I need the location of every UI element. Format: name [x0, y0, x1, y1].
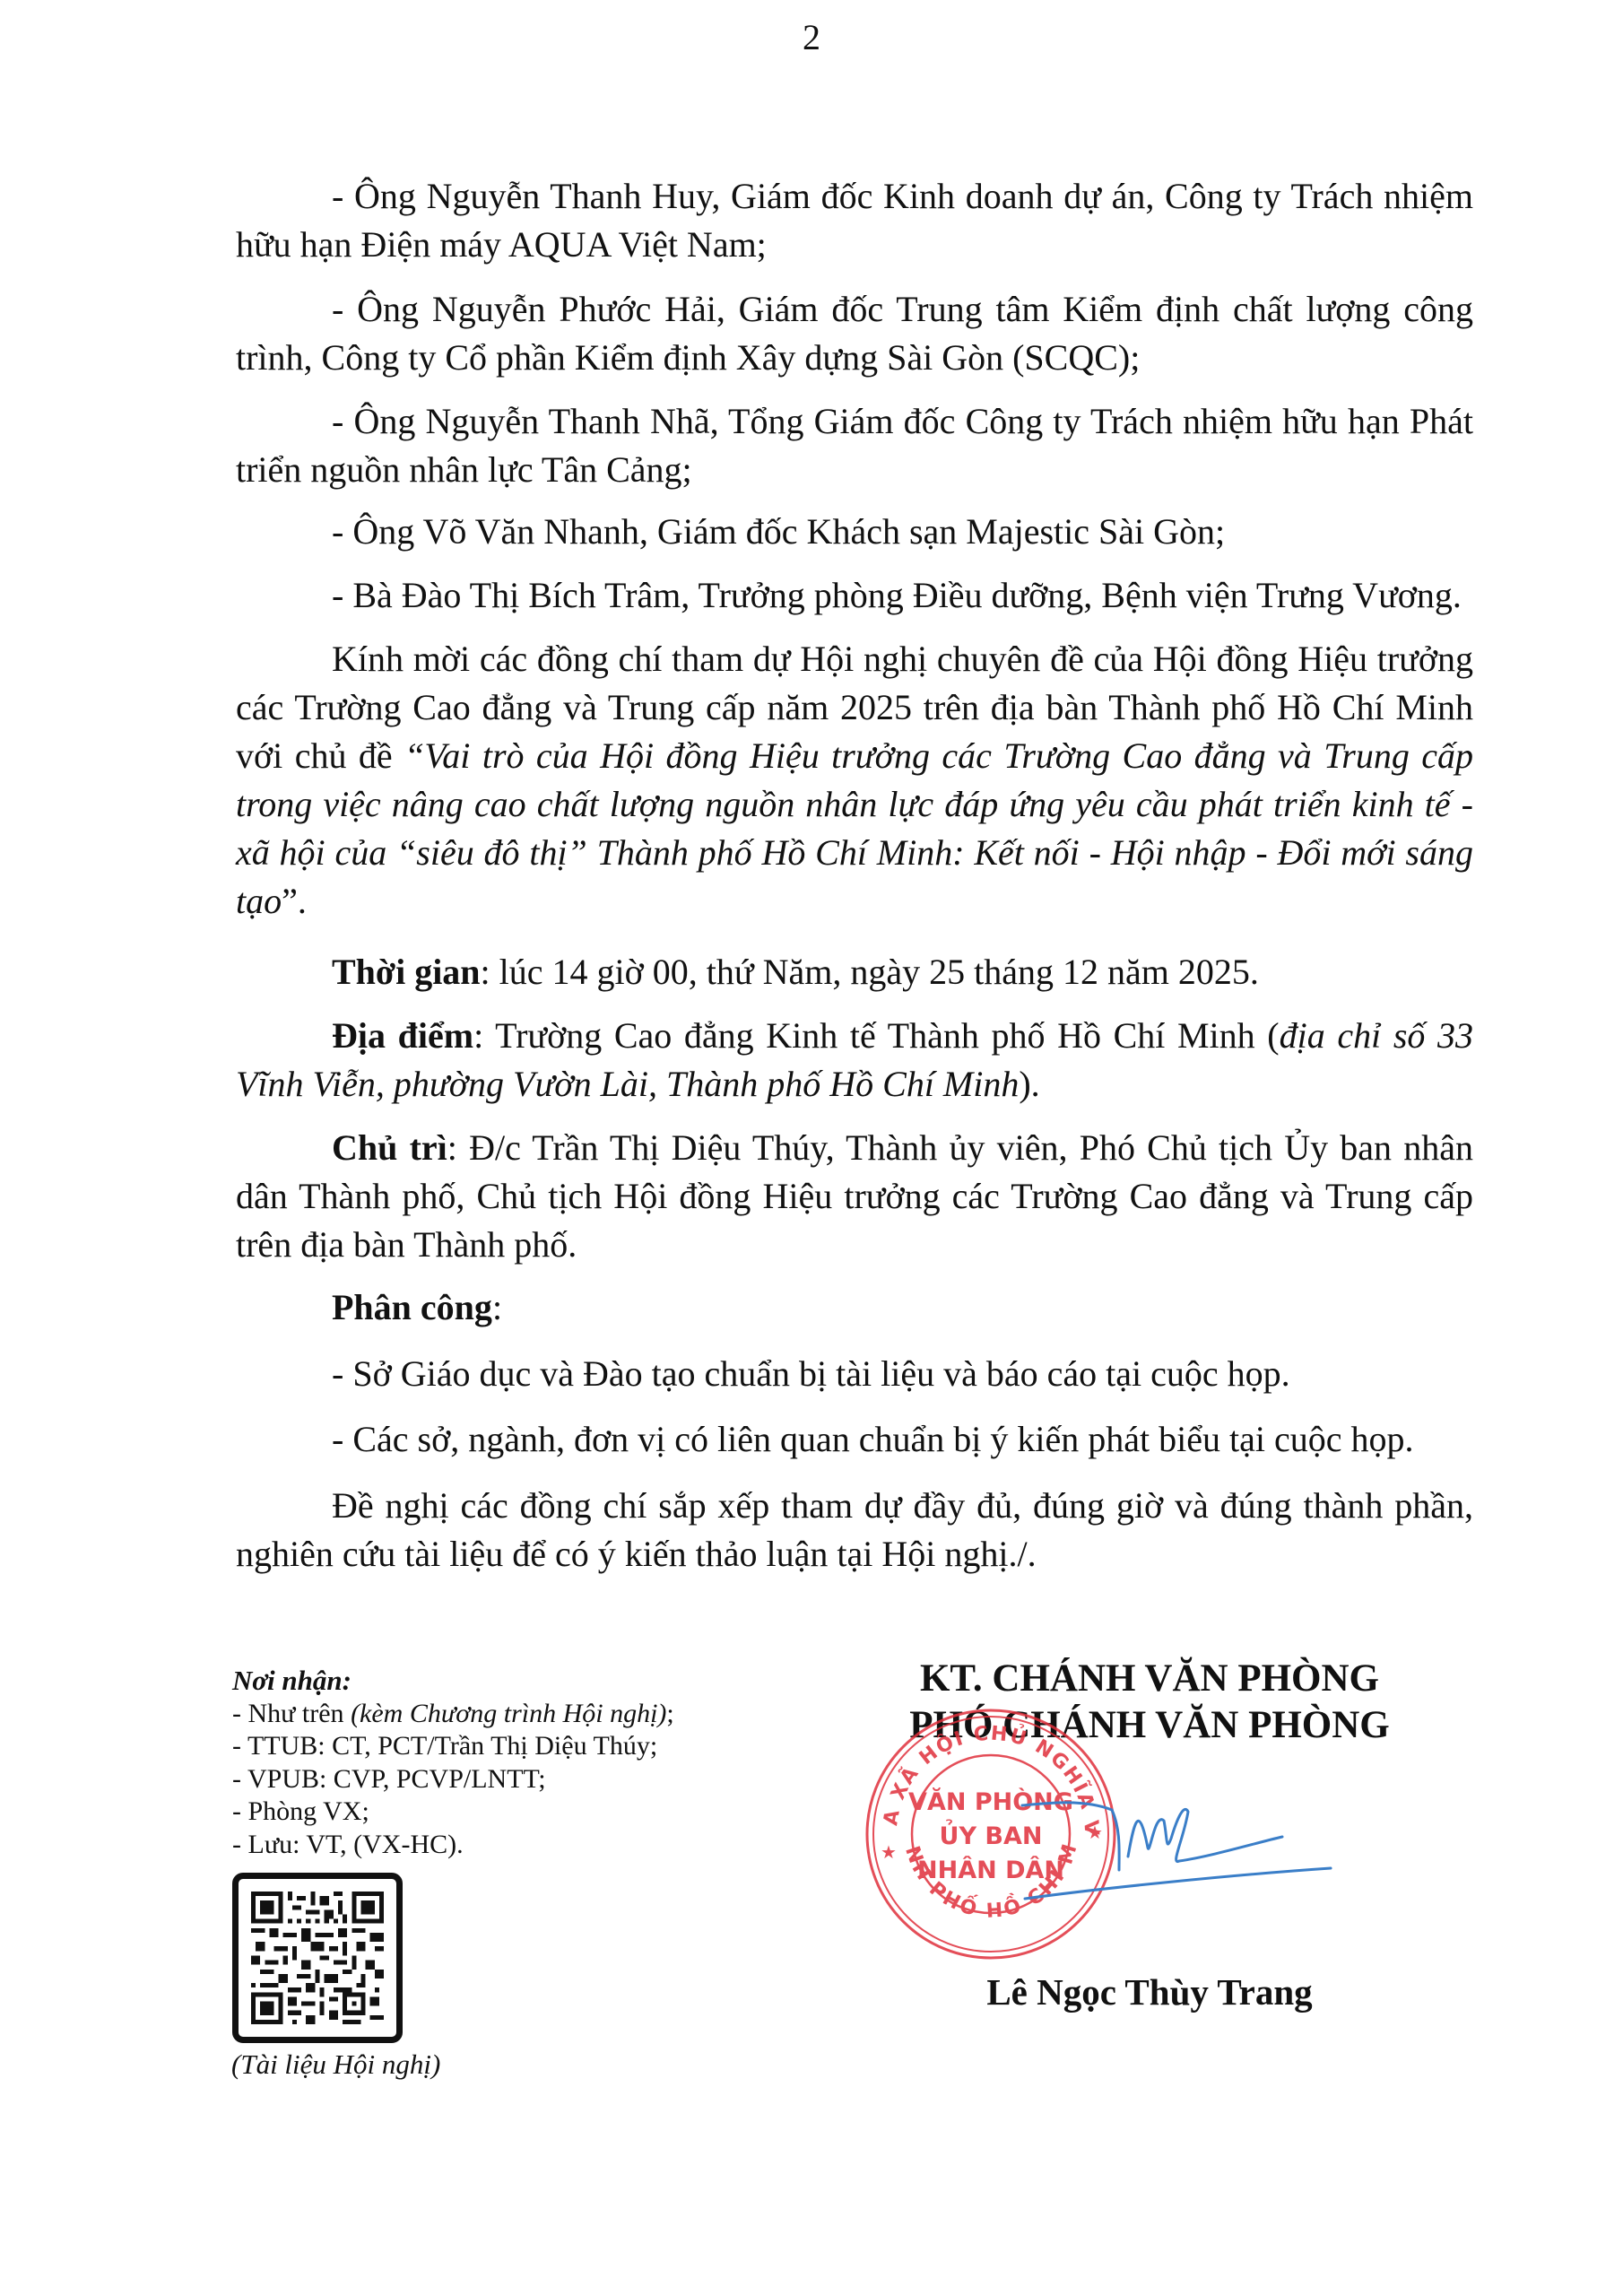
- recipient-item: - VPUB: CVP, PCVP/LNTT;: [232, 1763, 674, 1796]
- svg-text:★: ★: [881, 1841, 897, 1863]
- conference-topic: “Vai trò của Hội đồng Hiệu trưởng các Tr…: [236, 735, 1473, 921]
- assignment-item: - Các sở, ngành, đơn vị có liên quan chu…: [236, 1415, 1473, 1464]
- recipient-tail: ;: [666, 1699, 673, 1728]
- recipient-item: - Phòng VX;: [232, 1796, 674, 1829]
- qr-caption: (Tài liệu Hội nghị): [231, 2047, 440, 2083]
- assignment-heading: Phân công:: [236, 1283, 1473, 1332]
- location-tail: ).: [1019, 1064, 1039, 1104]
- time-label: Thời gian: [332, 952, 481, 992]
- time-paragraph: Thời gian: lúc 14 giờ 00, thứ Năm, ngày …: [236, 948, 1473, 996]
- qr-code-icon: [251, 1892, 384, 2024]
- assignment-label: Phân công: [332, 1287, 492, 1327]
- recipient-text: - Như trên: [232, 1699, 351, 1728]
- location-label: Địa điểm: [332, 1015, 473, 1056]
- recipient-item: - Như trên (kèm Chương trình Hội nghị);: [232, 1698, 674, 1731]
- chair-label: Chủ trì: [332, 1127, 447, 1168]
- handwritten-signature-icon: [1013, 1785, 1345, 1901]
- chair-paragraph: Chủ trì: Đ/c Trần Thị Diệu Thúy, Thành ủ…: [236, 1124, 1473, 1269]
- attendee-item: - Ông Võ Văn Nhanh, Giám đốc Khách sạn M…: [236, 508, 1473, 556]
- recipients-block: Nơi nhận: - Như trên (kèm Chương trình H…: [232, 1665, 674, 1862]
- attendee-item: - Ông Nguyễn Thanh Nhã, Tổng Giám đốc Cô…: [236, 397, 1473, 494]
- attendee-item: - Bà Đào Thị Bích Trâm, Trưởng phòng Điề…: [236, 571, 1473, 620]
- recipient-note: (kèm Chương trình Hội nghị): [351, 1699, 666, 1728]
- recipients-title: Nơi nhận:: [232, 1665, 674, 1698]
- closing-paragraph: Đề nghị các đồng chí sắp xếp tham dự đầy…: [236, 1482, 1473, 1578]
- attendee-item: - Ông Nguyễn Phước Hải, Giám đốc Trung t…: [236, 285, 1473, 382]
- attendee-item: - Ông Nguyễn Thanh Huy, Giám đốc Kinh do…: [236, 172, 1473, 269]
- signer-name: Lê Ngọc Thùy Trang: [881, 1970, 1419, 2014]
- invitation-paragraph: Kính mời các đồng chí tham dự Hội nghị c…: [236, 635, 1473, 926]
- qr-code[interactable]: [232, 1873, 403, 2043]
- assignment-item: - Sở Giáo dục và Đào tạo chuẩn bị tài li…: [236, 1350, 1473, 1398]
- recipient-item: - Lưu: VT, (VX-HC).: [232, 1829, 674, 1862]
- signature-title-line1: KT. CHÁNH VĂN PHÒNG: [881, 1656, 1419, 1702]
- time-value: : lúc 14 giờ 00, thứ Năm, ngày 25 tháng …: [481, 952, 1259, 992]
- invitation-tail: ”.: [282, 881, 307, 921]
- page-number: 2: [0, 16, 1623, 59]
- recipient-item: - TTUB: CT, PCT/Trần Thị Diệu Thúy;: [232, 1730, 674, 1763]
- location-paragraph: Địa điểm: Trường Cao đẳng Kinh tế Thành …: [236, 1012, 1473, 1109]
- assignment-colon: :: [492, 1287, 502, 1327]
- location-value: : Trường Cao đẳng Kinh tế Thành phố Hồ C…: [473, 1015, 1280, 1056]
